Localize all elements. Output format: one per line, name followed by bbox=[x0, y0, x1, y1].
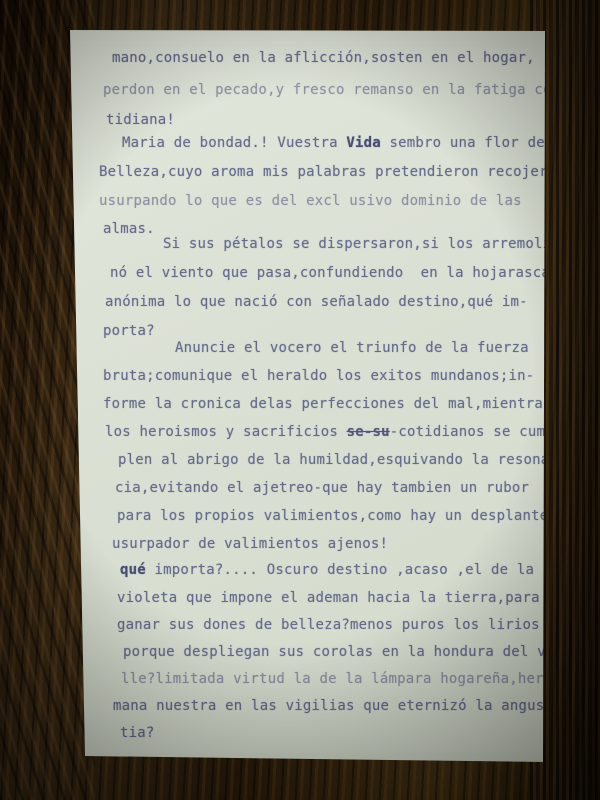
text-line: tia? bbox=[120, 725, 155, 743]
text-line: qué importa?.... Oscuro destino ,acaso ,… bbox=[120, 562, 534, 580]
typed-text: bruta;comunique el heraldo los exitos mu… bbox=[103, 368, 534, 384]
text-line: Maria de bondad.! Vuestra Vida sembro un… bbox=[122, 135, 579, 153]
typed-text: importa?.... Oscuro destino ,acaso ,el d… bbox=[146, 562, 534, 578]
typed-text: para los propios valimientos,como hay un… bbox=[117, 508, 548, 524]
text-line: tidiana! bbox=[106, 112, 175, 130]
typed-text: usurpador de valimientos ajenos! bbox=[112, 536, 388, 552]
text-line: Si sus pétalos se dispersaron,si los arr… bbox=[163, 236, 560, 254]
text-line: forme la cronica delas perfecciones del … bbox=[103, 396, 552, 414]
typed-text: mana nuestra en las vigilias que eterniz… bbox=[113, 698, 553, 714]
typed-text: tidiana! bbox=[106, 112, 175, 128]
typed-text: Belleza,cuyo aroma mis palabras pretendi… bbox=[99, 164, 548, 180]
text-line: para los propios valimientos,como hay un… bbox=[117, 508, 548, 526]
text-line: bruta;comunique el heraldo los exitos mu… bbox=[103, 368, 534, 386]
text-line: usurpando lo que es del excl usivo domin… bbox=[99, 193, 522, 211]
typed-text: plen al abrigo de la humildad,esquivando… bbox=[118, 452, 567, 468]
typed-text: porque despliegan sus corolas en la hond… bbox=[123, 644, 554, 660]
paper-sheet: mano,consuelo en la aflicción,sosten en … bbox=[0, 0, 600, 800]
typed-text: nó el viento que pasa,confundiendo en la… bbox=[110, 265, 550, 281]
typed-text: violeta que impone el ademan hacia la ti… bbox=[117, 590, 540, 606]
typed-text: los heroismos y sacrificios bbox=[105, 424, 347, 440]
typed-text: forme la cronica delas perfecciones del … bbox=[103, 396, 552, 412]
photo-scene: mano,consuelo en la aflicción,sosten en … bbox=[0, 0, 600, 800]
text-line: porque despliegan sus corolas en la hond… bbox=[123, 644, 554, 662]
struck-text: se-su bbox=[347, 424, 390, 440]
text-line: violeta que impone el ademan hacia la ti… bbox=[117, 590, 540, 608]
text-line: almas. bbox=[103, 221, 155, 239]
text-line: ganar sus dones de belleza?menos puros l… bbox=[117, 617, 540, 635]
typed-text: mano,consuelo en la aflicción,sosten en … bbox=[112, 50, 535, 66]
emphasized-text: qué bbox=[120, 562, 146, 578]
text-line: los heroismos y sacrificios se-su-cotidi… bbox=[105, 424, 554, 442]
typed-text: usurpando lo que es del excl usivo domin… bbox=[99, 193, 522, 209]
text-line: cia,evitando el ajetreo-que hay tambien … bbox=[115, 480, 529, 498]
typed-text: Anuncie el vocero el triunfo de la fuerz… bbox=[175, 340, 529, 356]
text-line: perdon en el pecado,y fresco remanso en … bbox=[103, 82, 552, 100]
typed-text: cia,evitando el ajetreo-que hay tambien … bbox=[115, 480, 529, 496]
text-line: plen al abrigo de la humildad,esquivando… bbox=[118, 452, 567, 470]
emphasized-text: Vida bbox=[346, 135, 381, 151]
typed-text: lle?limitada virtud la de la lámpara hog… bbox=[121, 671, 552, 687]
text-line: Anuncie el vocero el triunfo de la fuerz… bbox=[175, 340, 529, 358]
typed-text: anónima lo que nació con señalado destin… bbox=[105, 294, 528, 310]
typed-text: Si sus pétalos se dispersaron,si los arr… bbox=[163, 236, 560, 252]
text-line: mano,consuelo en la aflicción,sosten en … bbox=[112, 50, 535, 68]
text-line: usurpador de valimientos ajenos! bbox=[112, 536, 388, 554]
typed-text: perdon en el pecado,y fresco remanso en … bbox=[103, 82, 552, 98]
text-line: Belleza,cuyo aroma mis palabras pretendi… bbox=[99, 164, 548, 182]
text-line: lle?limitada virtud la de la lámpara hog… bbox=[121, 671, 552, 689]
text-line: nó el viento que pasa,confundiendo en la… bbox=[110, 265, 550, 283]
typed-text: -cotidianos se cum- bbox=[390, 424, 554, 440]
typed-text: tia? bbox=[120, 725, 155, 741]
text-line: porta? bbox=[103, 323, 155, 341]
typed-text: ganar sus dones de belleza?menos puros l… bbox=[117, 617, 540, 633]
typed-text: porta? bbox=[103, 323, 155, 339]
typed-text: Maria de bondad.! Vuestra bbox=[122, 135, 346, 151]
text-line: anónima lo que nació con señalado destin… bbox=[105, 294, 528, 312]
typed-text: almas. bbox=[103, 221, 155, 237]
text-line: mana nuestra en las vigilias que eterniz… bbox=[113, 698, 553, 716]
